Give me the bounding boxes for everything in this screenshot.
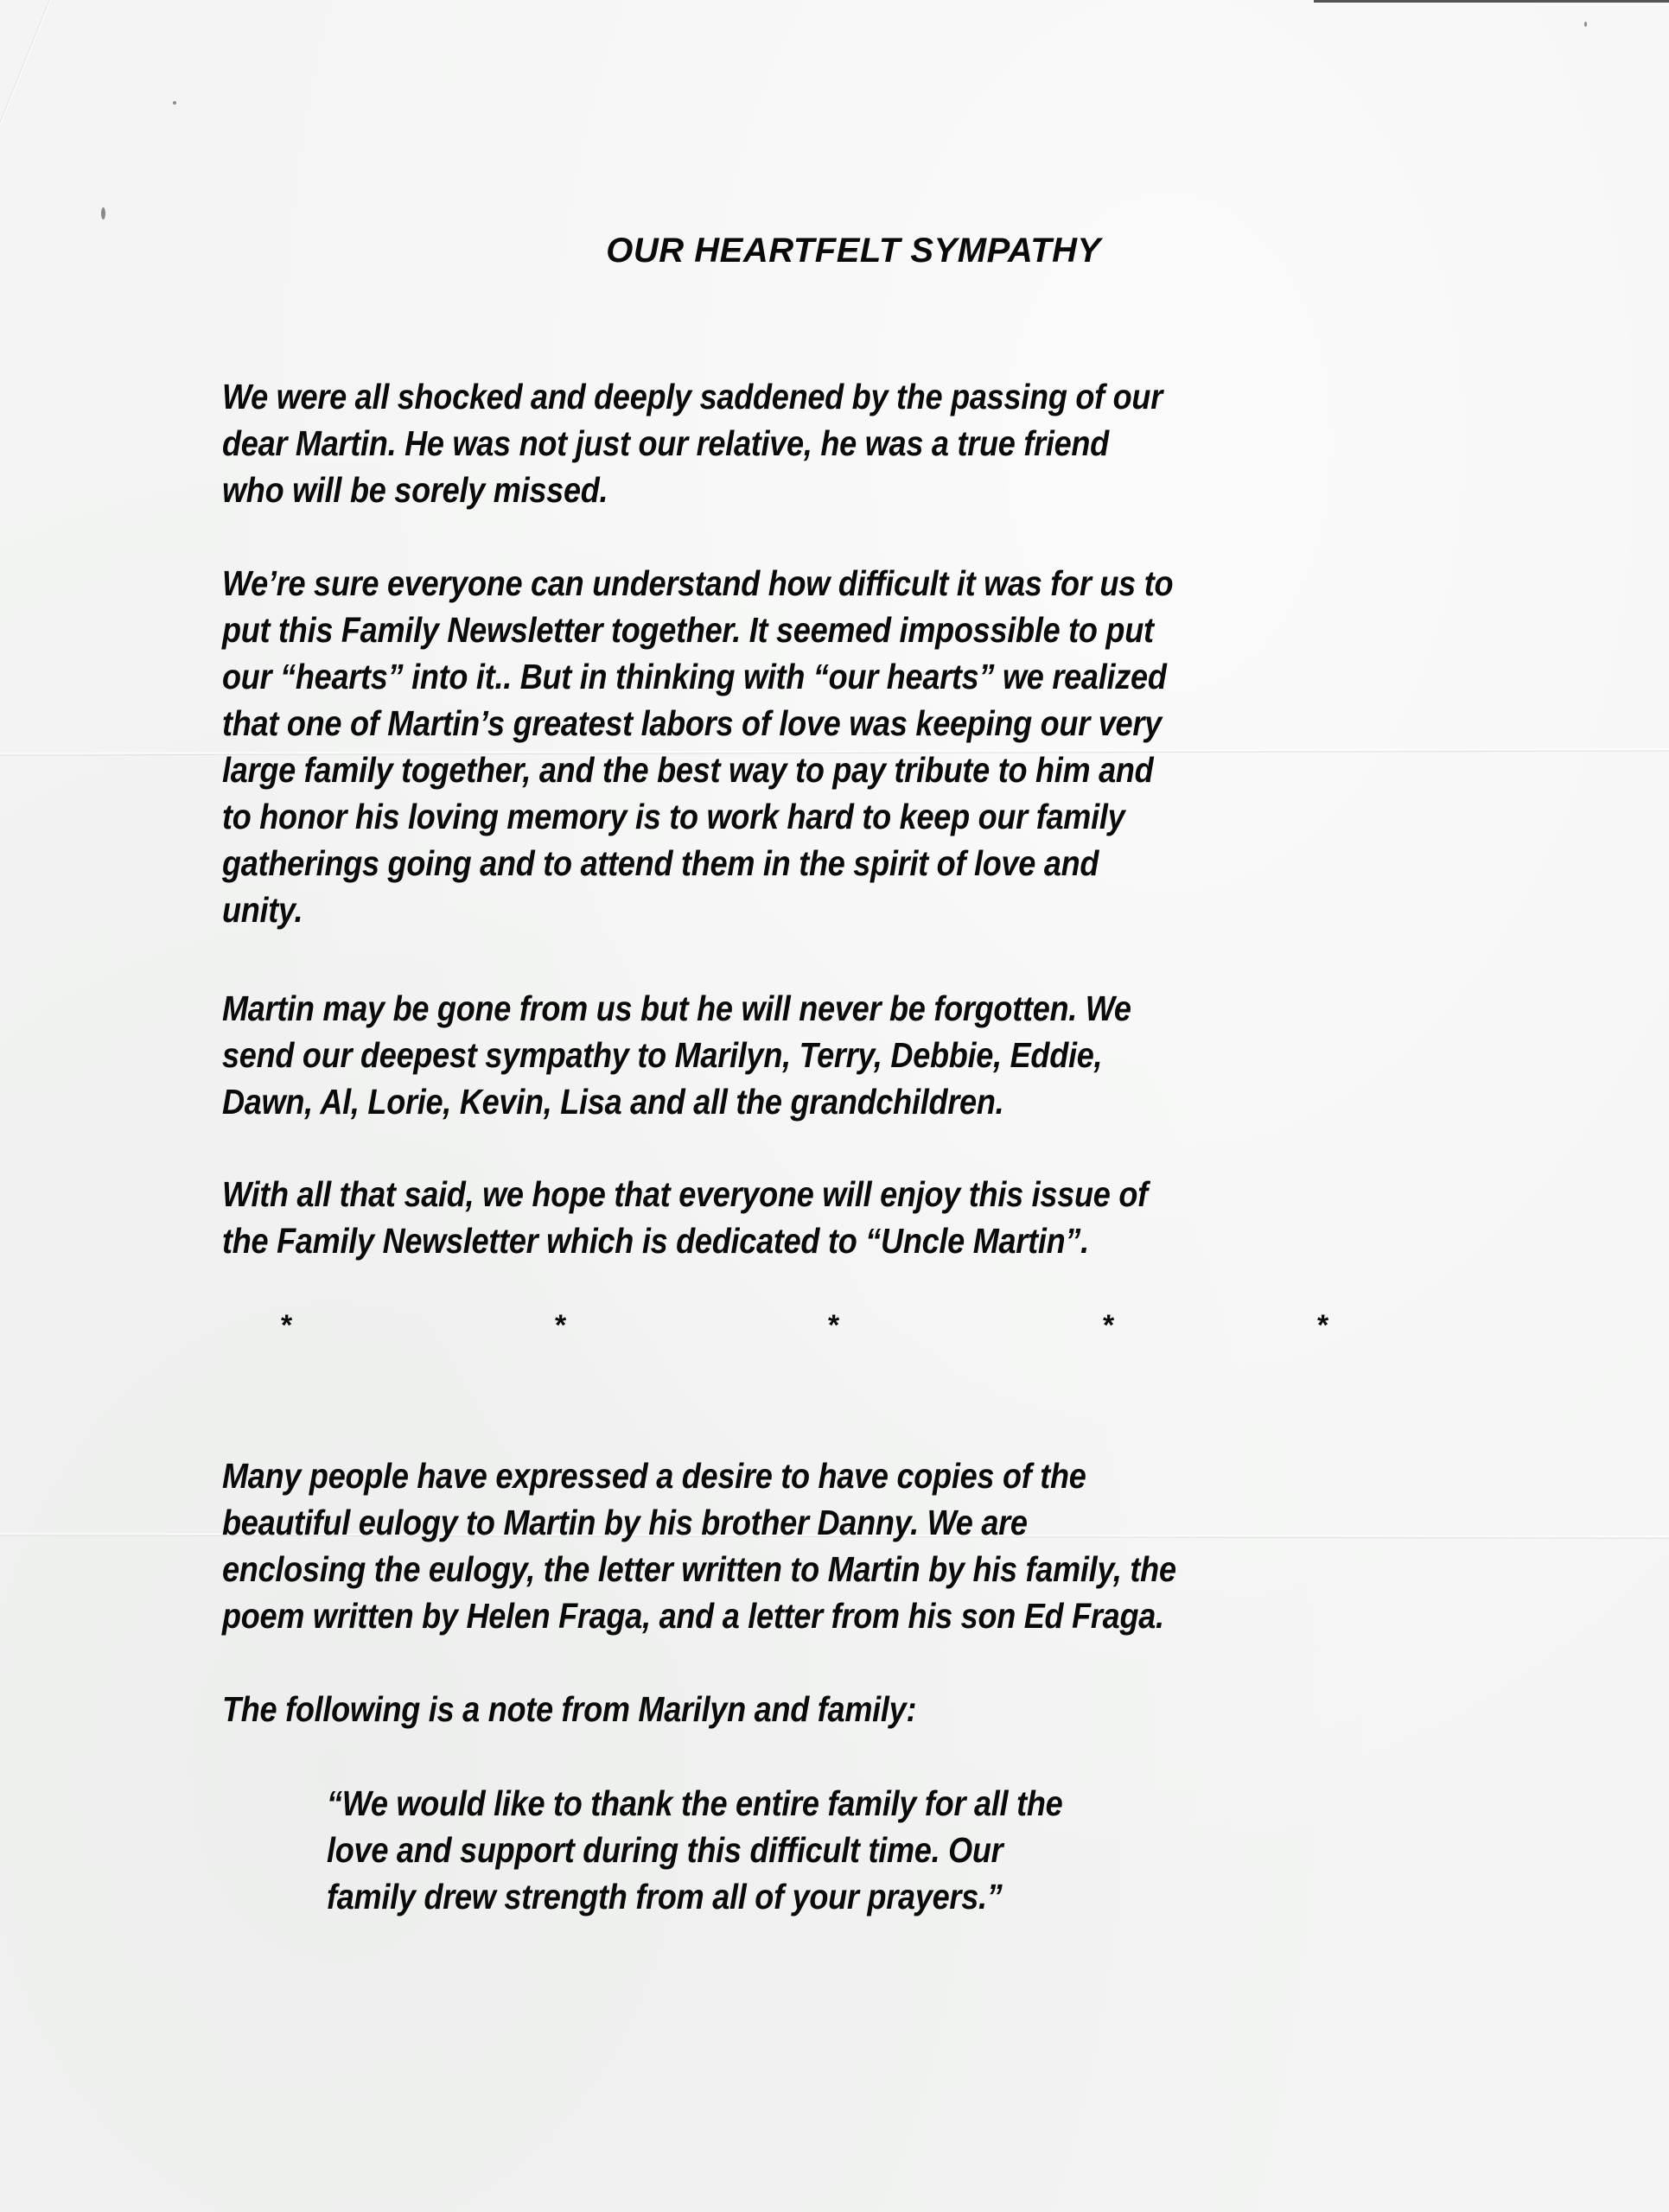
paragraph-enclosures: Many people have expressed a desire to h… [222,1452,1363,1639]
title-text: OUR HEARTFELT SYMPATHY [606,232,1100,270]
separator-asterisk: * [555,1309,566,1343]
separator-asterisk: * [1317,1309,1328,1343]
separator-asterisk: * [281,1309,292,1343]
scan-speck [101,207,105,219]
section-separator: * * * * * [0,1309,1669,1344]
paragraph-sympathy-family: Martin may be gone from us but he will n… [222,985,1363,1125]
paragraph-note-intro: The following is a note from Marilyn and… [222,1686,1363,1732]
page-title: OUR HEARTFELT SYMPATHY [0,232,1669,270]
paper-fold [0,0,52,264]
separator-asterisk: * [828,1309,839,1343]
page-edge [1314,0,1669,3]
scanned-page: OUR HEARTFELT SYMPATHY We were all shock… [0,0,1669,2212]
paragraph-newsletter-tribute: We’re sure everyone can understand how d… [222,560,1363,933]
family-note-quote: “We would like to thank the entire famil… [327,1780,1315,1920]
paragraph-dedication: With all that said, we hope that everyon… [222,1171,1363,1264]
separator-asterisk: * [1103,1309,1114,1343]
scan-speck [1584,22,1587,27]
scan-speck [173,101,176,105]
paragraph-condolence: We were all shocked and deeply saddened … [222,373,1363,513]
